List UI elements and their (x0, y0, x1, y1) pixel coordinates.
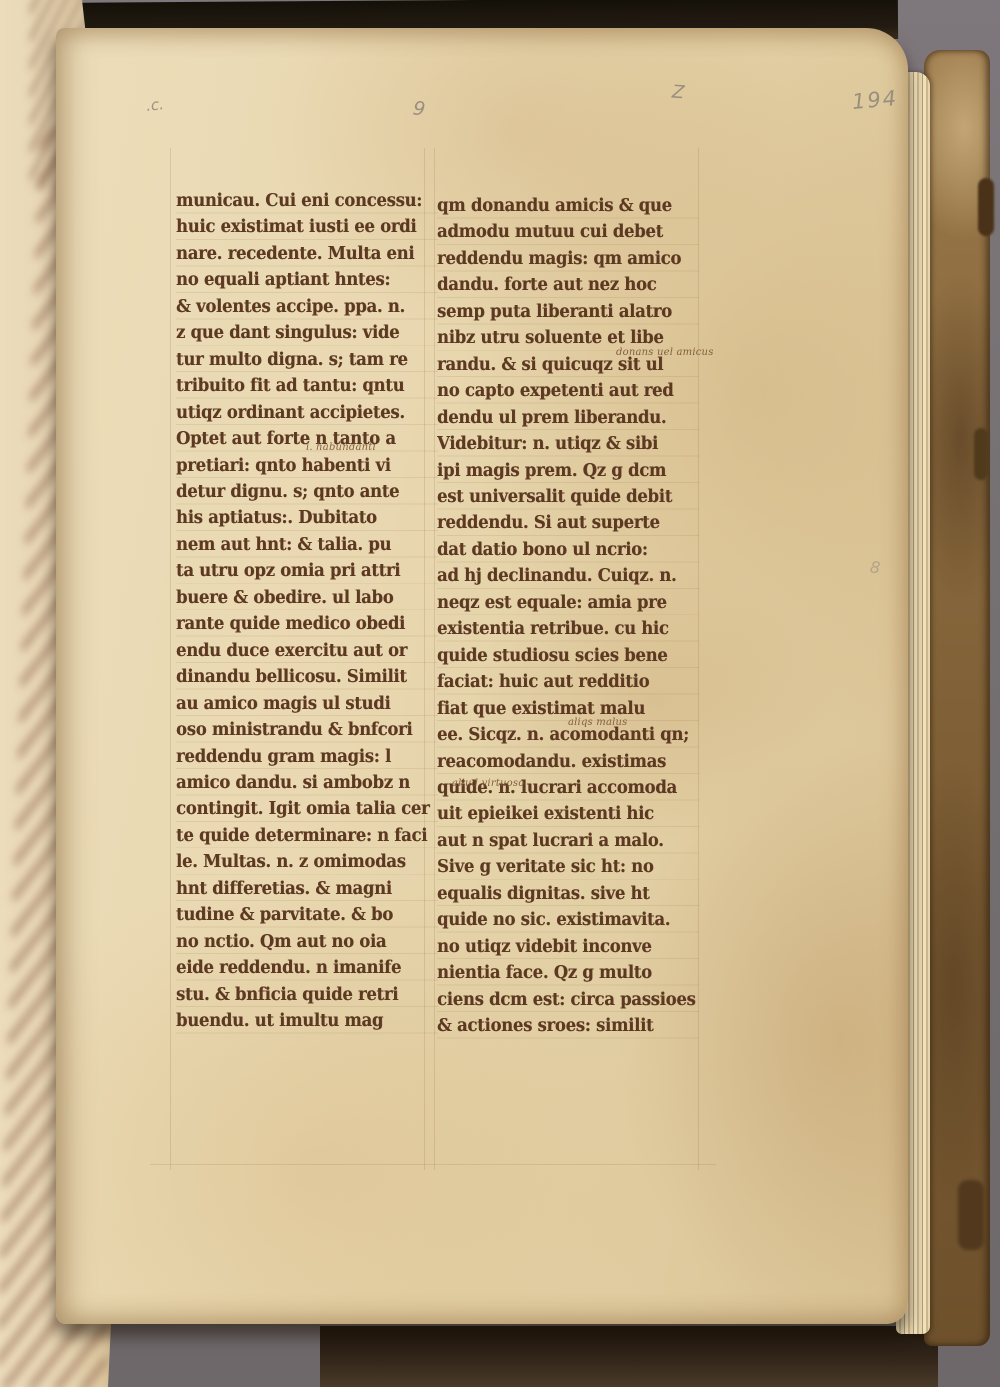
manuscript-text-line: neqz est equale: amia pre (437, 589, 699, 617)
pencil-mark-c: .c. (145, 95, 165, 115)
manuscript-text-line: nare. recedente. Multa eni (176, 240, 438, 268)
manuscript-text-line: reddendu magis: qm amico (437, 245, 699, 273)
manuscript-text-line: municau. Cui eni concessu: (176, 187, 438, 215)
pencil-mark-8: 8 (869, 558, 881, 578)
text-column-left: municau. Cui eni concessu:huic existimat… (176, 187, 438, 1034)
manuscript-text-line: tribuito fit ad tantu: qntu (176, 372, 438, 400)
manuscript-text-line: dat datio bono ul ncrio: (437, 536, 699, 564)
manuscript-text-line: nem aut hnt: & talia. pu (176, 531, 438, 559)
manuscript-text-line: Sive g veritate sic ht: no (437, 853, 699, 881)
manuscript-text-line: dandu. forte aut nez hoc (437, 271, 699, 299)
marginal-note: donans uel amicus (616, 347, 714, 358)
manuscript-text-line: tur multo digna. s; tam re (176, 346, 438, 374)
manuscript-text-line: reddendu. Si aut superte (437, 509, 699, 537)
manuscript-text-line: & volentes accipe. ppa. n. (176, 293, 438, 321)
manuscript-text-line: ciens dcm est: circa passioes (437, 986, 699, 1014)
manuscript-text-line: no equali aptiant hntes: (176, 266, 438, 294)
manuscript-text-line: stu. & bnficia quide retri (176, 981, 438, 1009)
manuscript-text-line: est universalit quide debit (437, 483, 699, 511)
manuscript-text-line: ipi magis prem. Qz g dcm (437, 457, 699, 485)
manuscript-text-line: no capto expetenti aut red (437, 377, 699, 405)
manuscript-photo: .c. 9 Z 194 8 municau. Cui eni concessu:… (0, 0, 1000, 1387)
manuscript-text-line: quide studiosu scies bene (437, 642, 699, 670)
manuscript-text-line: ta utru opz omia pri attri (176, 557, 438, 585)
pencil-mark-z: Z (671, 82, 685, 104)
manuscript-text-line: semp puta liberanti alatro (437, 298, 699, 326)
manuscript-text-line: admodu mutuu cui debet (437, 218, 699, 246)
manuscript-text-line: hnt differetias. & magni (176, 875, 438, 903)
text-column-right: qm donandu amicis & queadmodu mutuu cui … (437, 192, 699, 1039)
manuscript-text-line: au amico magis ul studi (176, 690, 438, 718)
manuscript-text-line: buendu. ut imultu mag (176, 1007, 438, 1035)
manuscript-text-line: dendu ul prem liberandu. (437, 404, 699, 432)
manuscript-text-line: aut n spat lucrari a malo. (437, 827, 699, 855)
manuscript-text-line: pretiari: qnto habenti vi (176, 452, 438, 480)
manuscript-text-line: oso ministrandu & bnfcori (176, 716, 438, 744)
interlinear-gloss-right-1: aliqs malus (568, 717, 628, 728)
manuscript-text-line: tudine & parvitate. & bo (176, 901, 438, 929)
manuscript-text-line: eide reddendu. n imanife (176, 954, 438, 982)
interlinear-gloss-right-2: aliud virtuoso (452, 778, 524, 789)
manuscript-text-line: faciat: huic aut redditio (437, 668, 699, 696)
manuscript-text-line: no nctio. Qm aut no oia (176, 928, 438, 956)
binding-board (924, 50, 990, 1346)
manuscript-text-line: Videbitur: n. utiqz & sibi (437, 430, 699, 458)
manuscript-text-line: contingit. Igit omia talia cer (176, 795, 438, 823)
table-shadow (320, 1326, 938, 1387)
manuscript-text-line: equalis dignitas. sive ht (437, 880, 699, 908)
binding-wear-mark (978, 178, 994, 236)
manuscript-text-line: endu duce exercitu aut or (176, 637, 438, 665)
manuscript-text-line: detur dignu. s; qnto ante (176, 478, 438, 506)
manuscript-text-line: quide no sic. existimavita. (437, 906, 699, 934)
manuscript-text-line: uit epieikei existenti hic (437, 800, 699, 828)
manuscript-text-line: ad hj declinandu. Cuiqz. n. (437, 562, 699, 590)
manuscript-text-line: huic existimat iusti ee ordi (176, 213, 438, 241)
manuscript-text-line: qm donandu amicis & que (437, 192, 699, 220)
manuscript-text-line: rante quide medico obedi (176, 610, 438, 638)
binding-wear-mark (974, 428, 988, 480)
manuscript-text-line: his aptiatus:. Dubitato (176, 504, 438, 532)
manuscript-text-line: buere & obedire. ul labo (176, 584, 438, 612)
binding-wear-mark (958, 1180, 984, 1250)
manuscript-text-line: le. Multas. n. z omimodas (176, 848, 438, 876)
ruling-line-horizontal (150, 1164, 716, 1165)
manuscript-text-line: utiqz ordinant accipietes. (176, 399, 438, 427)
manuscript-text-line: & actiones sroes: similit (437, 1012, 699, 1040)
interlinear-gloss-left: i. habundanti (306, 442, 376, 453)
manuscript-text-line: dinandu bellicosu. Similit (176, 663, 438, 691)
manuscript-text-line: te quide determinare: n faci (176, 822, 438, 850)
manuscript-text-line: reddendu gram magis: l (176, 743, 438, 771)
manuscript-text-line: nientia face. Qz g multo (437, 959, 699, 987)
manuscript-text-line: z que dant singulus: vide (176, 319, 438, 347)
ruling-line-vertical (170, 148, 171, 1170)
manuscript-text-line: no utiqz videbit inconve (437, 933, 699, 961)
manuscript-text-line: amico dandu. si ambobz n (176, 769, 438, 797)
manuscript-text-line: reacomodandu. existimas (437, 748, 699, 776)
manuscript-text-line: existentia retribue. cu hic (437, 615, 699, 643)
folio-number: 194 (851, 86, 899, 114)
